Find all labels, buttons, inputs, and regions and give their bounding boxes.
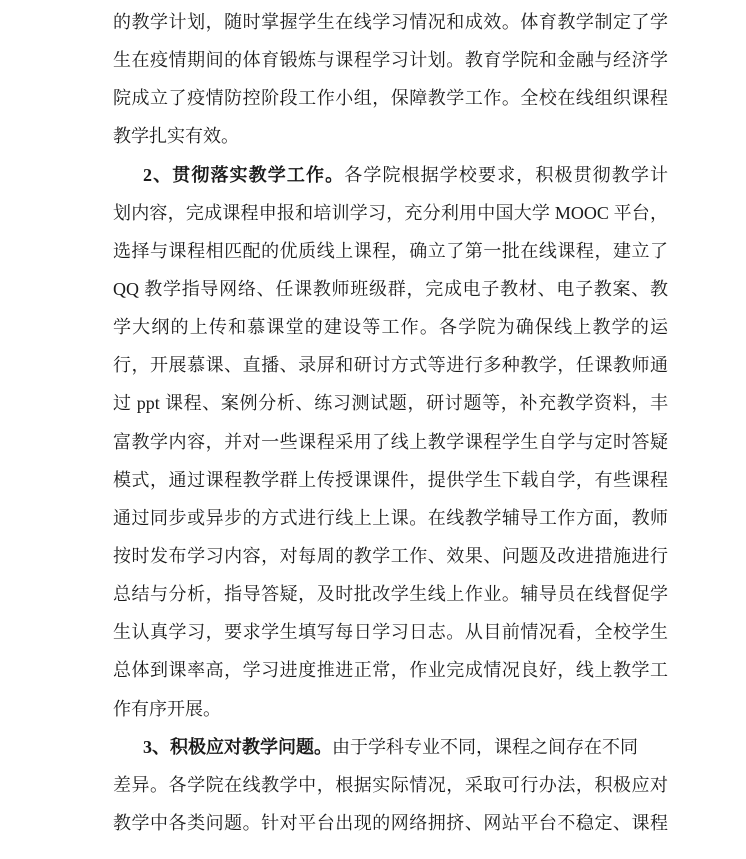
section-heading-run: 2、贯彻落实教学工作。	[143, 165, 344, 185]
text-line: 差异。各学院在线教学中，根据实际情况，采取可行办法，积极应对	[113, 766, 668, 804]
text-line: 的教学计划，随时掌握学生在线学习情况和成效。体育教学制定了学	[113, 3, 668, 41]
text-run: 院成立了疫情防控阶段工作小组，保障教学工作。全校在线组织课程	[113, 88, 668, 108]
text-line: 教学扎实有效。	[113, 117, 668, 155]
text-line: 总体到课率高，学习进度推进正常，作业完成情况良好，线上教学工	[113, 651, 668, 689]
document-page: 的教学计划，随时掌握学生在线学习情况和成效。体育教学制定了学生在疫情期间的体育锻…	[0, 0, 746, 859]
text-run: 选择与课程相匹配的优质线上课程，确立了第一批在线课程，建立了	[113, 241, 668, 261]
paragraph: 2、贯彻落实教学工作。各学院根据学校要求，积极贯彻教学计划内容，完成课程申报和培…	[113, 156, 668, 728]
paragraph: 3、积极应对教学问题。由于学科专业不同，课程之间存在不同差异。各学院在线教学中，…	[113, 728, 668, 842]
text-run: 划内容，完成课程申报和培训学习，充分利用中国大学 MOOC 平台，	[113, 203, 668, 223]
text-run: 生认真学习，要求学生填写每日学习日志。从目前情况看，全校学生	[113, 622, 668, 642]
text-run: QQ 教学指导网络、任课教师班级群，完成电子教材、电子教案、教	[113, 279, 668, 299]
text-run: 教学扎实有效。	[113, 126, 239, 146]
text-run: 差异。各学院在线教学中，根据实际情况，采取可行办法，积极应对	[113, 775, 668, 795]
text-line: 通过同步或异步的方式进行线上上课。在线教学辅导工作方面，教师	[113, 499, 668, 537]
text-run: 总体到课率高，学习进度推进正常，作业完成情况良好，线上教学工	[113, 660, 668, 680]
text-run: 学大纲的上传和慕课堂的建设等工作。各学院为确保线上教学的运	[113, 317, 668, 337]
text-run: 教学中各类问题。针对平台出现的网络拥挤、网站平台不稳定、课程	[113, 813, 668, 833]
section-heading-run: 3、积极应对教学问题。	[143, 737, 332, 757]
document-text: 的教学计划，随时掌握学生在线学习情况和成效。体育教学制定了学生在疫情期间的体育锻…	[113, 3, 668, 842]
text-line: 3、积极应对教学问题。由于学科专业不同，课程之间存在不同	[113, 728, 668, 766]
text-line: 按时发布学习内容，对每周的教学工作、效果、问题及改进措施进行	[113, 537, 668, 575]
text-line: 作有序开展。	[113, 690, 668, 728]
text-run: 由于学科专业不同，课程之间存在不同	[332, 737, 638, 757]
text-run: 生在疫情期间的体育锻炼与课程学习计划。教育学院和金融与经济学	[113, 50, 668, 70]
text-line: 生认真学习，要求学生填写每日学习日志。从目前情况看，全校学生	[113, 613, 668, 651]
text-line: 划内容，完成课程申报和培训学习，充分利用中国大学 MOOC 平台，	[113, 194, 668, 232]
text-run: 通过同步或异步的方式进行线上上课。在线教学辅导工作方面，教师	[113, 508, 668, 528]
text-line: 生在疫情期间的体育锻炼与课程学习计划。教育学院和金融与经济学	[113, 41, 668, 79]
text-run: 过 ppt 课程、案例分析、练习测试题，研讨题等，补充教学资料，丰	[113, 393, 668, 413]
text-run: 的教学计划，随时掌握学生在线学习情况和成效。体育教学制定了学	[113, 12, 668, 32]
text-run: 作有序开展。	[113, 699, 221, 719]
text-line: 选择与课程相匹配的优质线上课程，确立了第一批在线课程，建立了	[113, 232, 668, 270]
text-line: 院成立了疫情防控阶段工作小组，保障教学工作。全校在线组织课程	[113, 79, 668, 117]
text-line: 富教学内容，并对一些课程采用了线上教学课程学生自学与定时答疑	[113, 423, 668, 461]
text-line: QQ 教学指导网络、任课教师班级群，完成电子教材、电子教案、教	[113, 270, 668, 308]
text-run: 模式，通过课程教学群上传授课课件，提供学生下载自学，有些课程	[113, 470, 668, 490]
text-line: 总结与分析，指导答疑，及时批改学生线上作业。辅导员在线督促学	[113, 575, 668, 613]
text-line: 过 ppt 课程、案例分析、练习测试题，研讨题等，补充教学资料，丰	[113, 384, 668, 422]
text-line: 教学中各类问题。针对平台出现的网络拥挤、网站平台不稳定、课程	[113, 804, 668, 842]
text-line: 学大纲的上传和慕课堂的建设等工作。各学院为确保线上教学的运	[113, 308, 668, 346]
text-line: 行，开展慕课、直播、录屏和研讨方式等进行多种教学，任课教师通	[113, 346, 668, 384]
paragraph: 的教学计划，随时掌握学生在线学习情况和成效。体育教学制定了学生在疫情期间的体育锻…	[113, 3, 668, 156]
text-run: 按时发布学习内容，对每周的教学工作、效果、问题及改进措施进行	[113, 546, 668, 566]
text-run: 总结与分析，指导答疑，及时批改学生线上作业。辅导员在线督促学	[113, 584, 668, 604]
text-line: 2、贯彻落实教学工作。各学院根据学校要求，积极贯彻教学计	[113, 156, 668, 194]
text-run: 各学院根据学校要求，积极贯彻教学计	[344, 165, 668, 185]
text-run: 行，开展慕课、直播、录屏和研讨方式等进行多种教学，任课教师通	[113, 355, 668, 375]
text-run: 富教学内容，并对一些课程采用了线上教学课程学生自学与定时答疑	[113, 432, 668, 452]
text-line: 模式，通过课程教学群上传授课课件，提供学生下载自学，有些课程	[113, 461, 668, 499]
